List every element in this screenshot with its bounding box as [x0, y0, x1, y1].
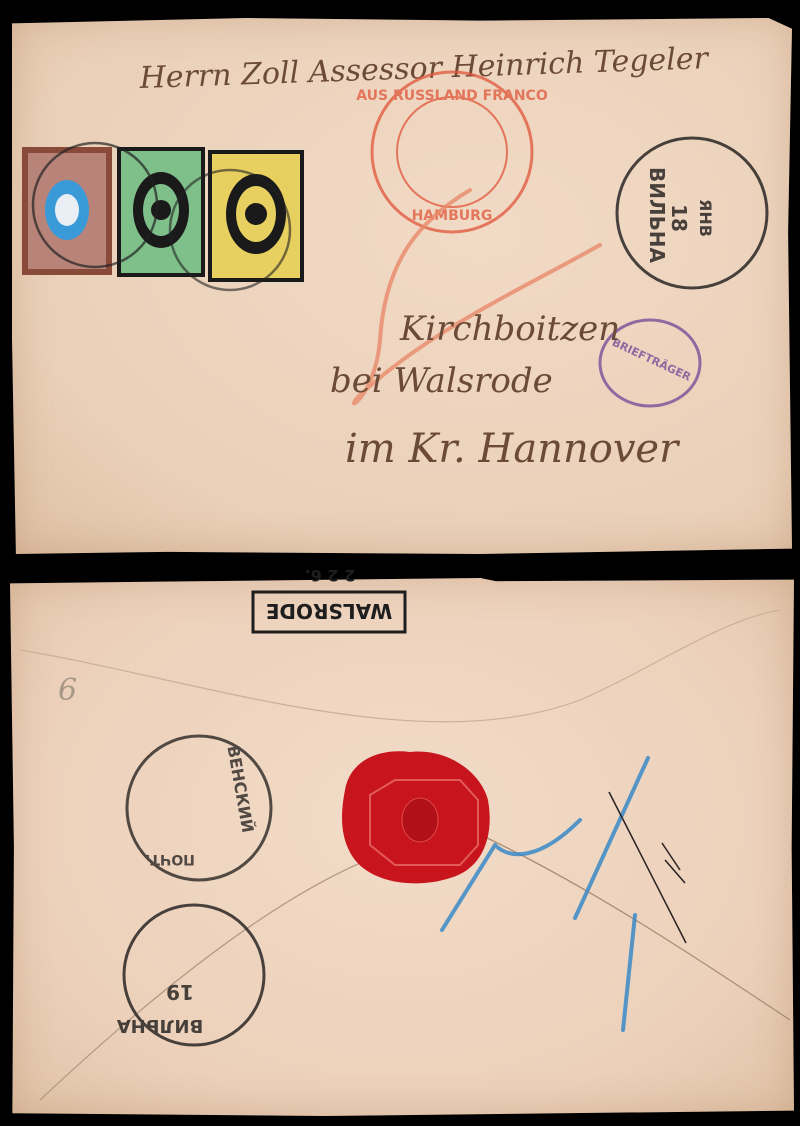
svg-text:ЯНВ: ЯНВ: [696, 199, 715, 237]
svg-text:WALSRODE: WALSRODE: [266, 599, 392, 623]
cover-artwork: Herrn Zoll Assessor Heinrich Tegeler AUS…: [0, 0, 800, 1126]
pencil-note: 6: [58, 673, 77, 708]
stamp-10-kop: [22, 147, 112, 275]
svg-text:ВИЛЬНА: ВИЛЬНА: [117, 1015, 204, 1036]
svg-text:19: 19: [166, 980, 194, 1004]
svg-text:2 2 6.: 2 2 6.: [305, 566, 356, 585]
ink-mark: [609, 792, 686, 943]
address-line-2: bei Walsrode: [330, 361, 553, 401]
svg-text:AUS RUSSLAND FRANCO: AUS RUSSLAND FRANCO: [356, 88, 548, 104]
back-postmark-1: ВЕНСКИЙ ПОЧТ.: [127, 736, 271, 880]
svg-text:BRIEFTRÄGER: BRIEFTRÄGER: [610, 335, 694, 384]
back-postmark-2: ВИЛЬНА 19: [117, 905, 264, 1045]
address-line-1: Kirchboitzen: [399, 309, 620, 349]
red-wax-seal: [342, 751, 490, 883]
svg-text:ВИЛЬНА: ВИЛЬНА: [645, 167, 669, 264]
svg-text:18: 18: [667, 204, 691, 232]
red-transit-postmark: AUS RUSSLAND FRANCO HAMBURG: [356, 72, 548, 232]
walsrode-box-cancel: WALSRODE 2 2 6.: [253, 566, 405, 632]
black-dated-postmark: ВИЛЬНА 18 ЯНВ: [617, 138, 767, 288]
address-line-3: im Kr. Hannover: [345, 426, 681, 472]
svg-text:ПОЧТ.: ПОЧТ.: [145, 851, 195, 867]
svg-text:HAMBURG: HAMBURG: [412, 208, 493, 224]
